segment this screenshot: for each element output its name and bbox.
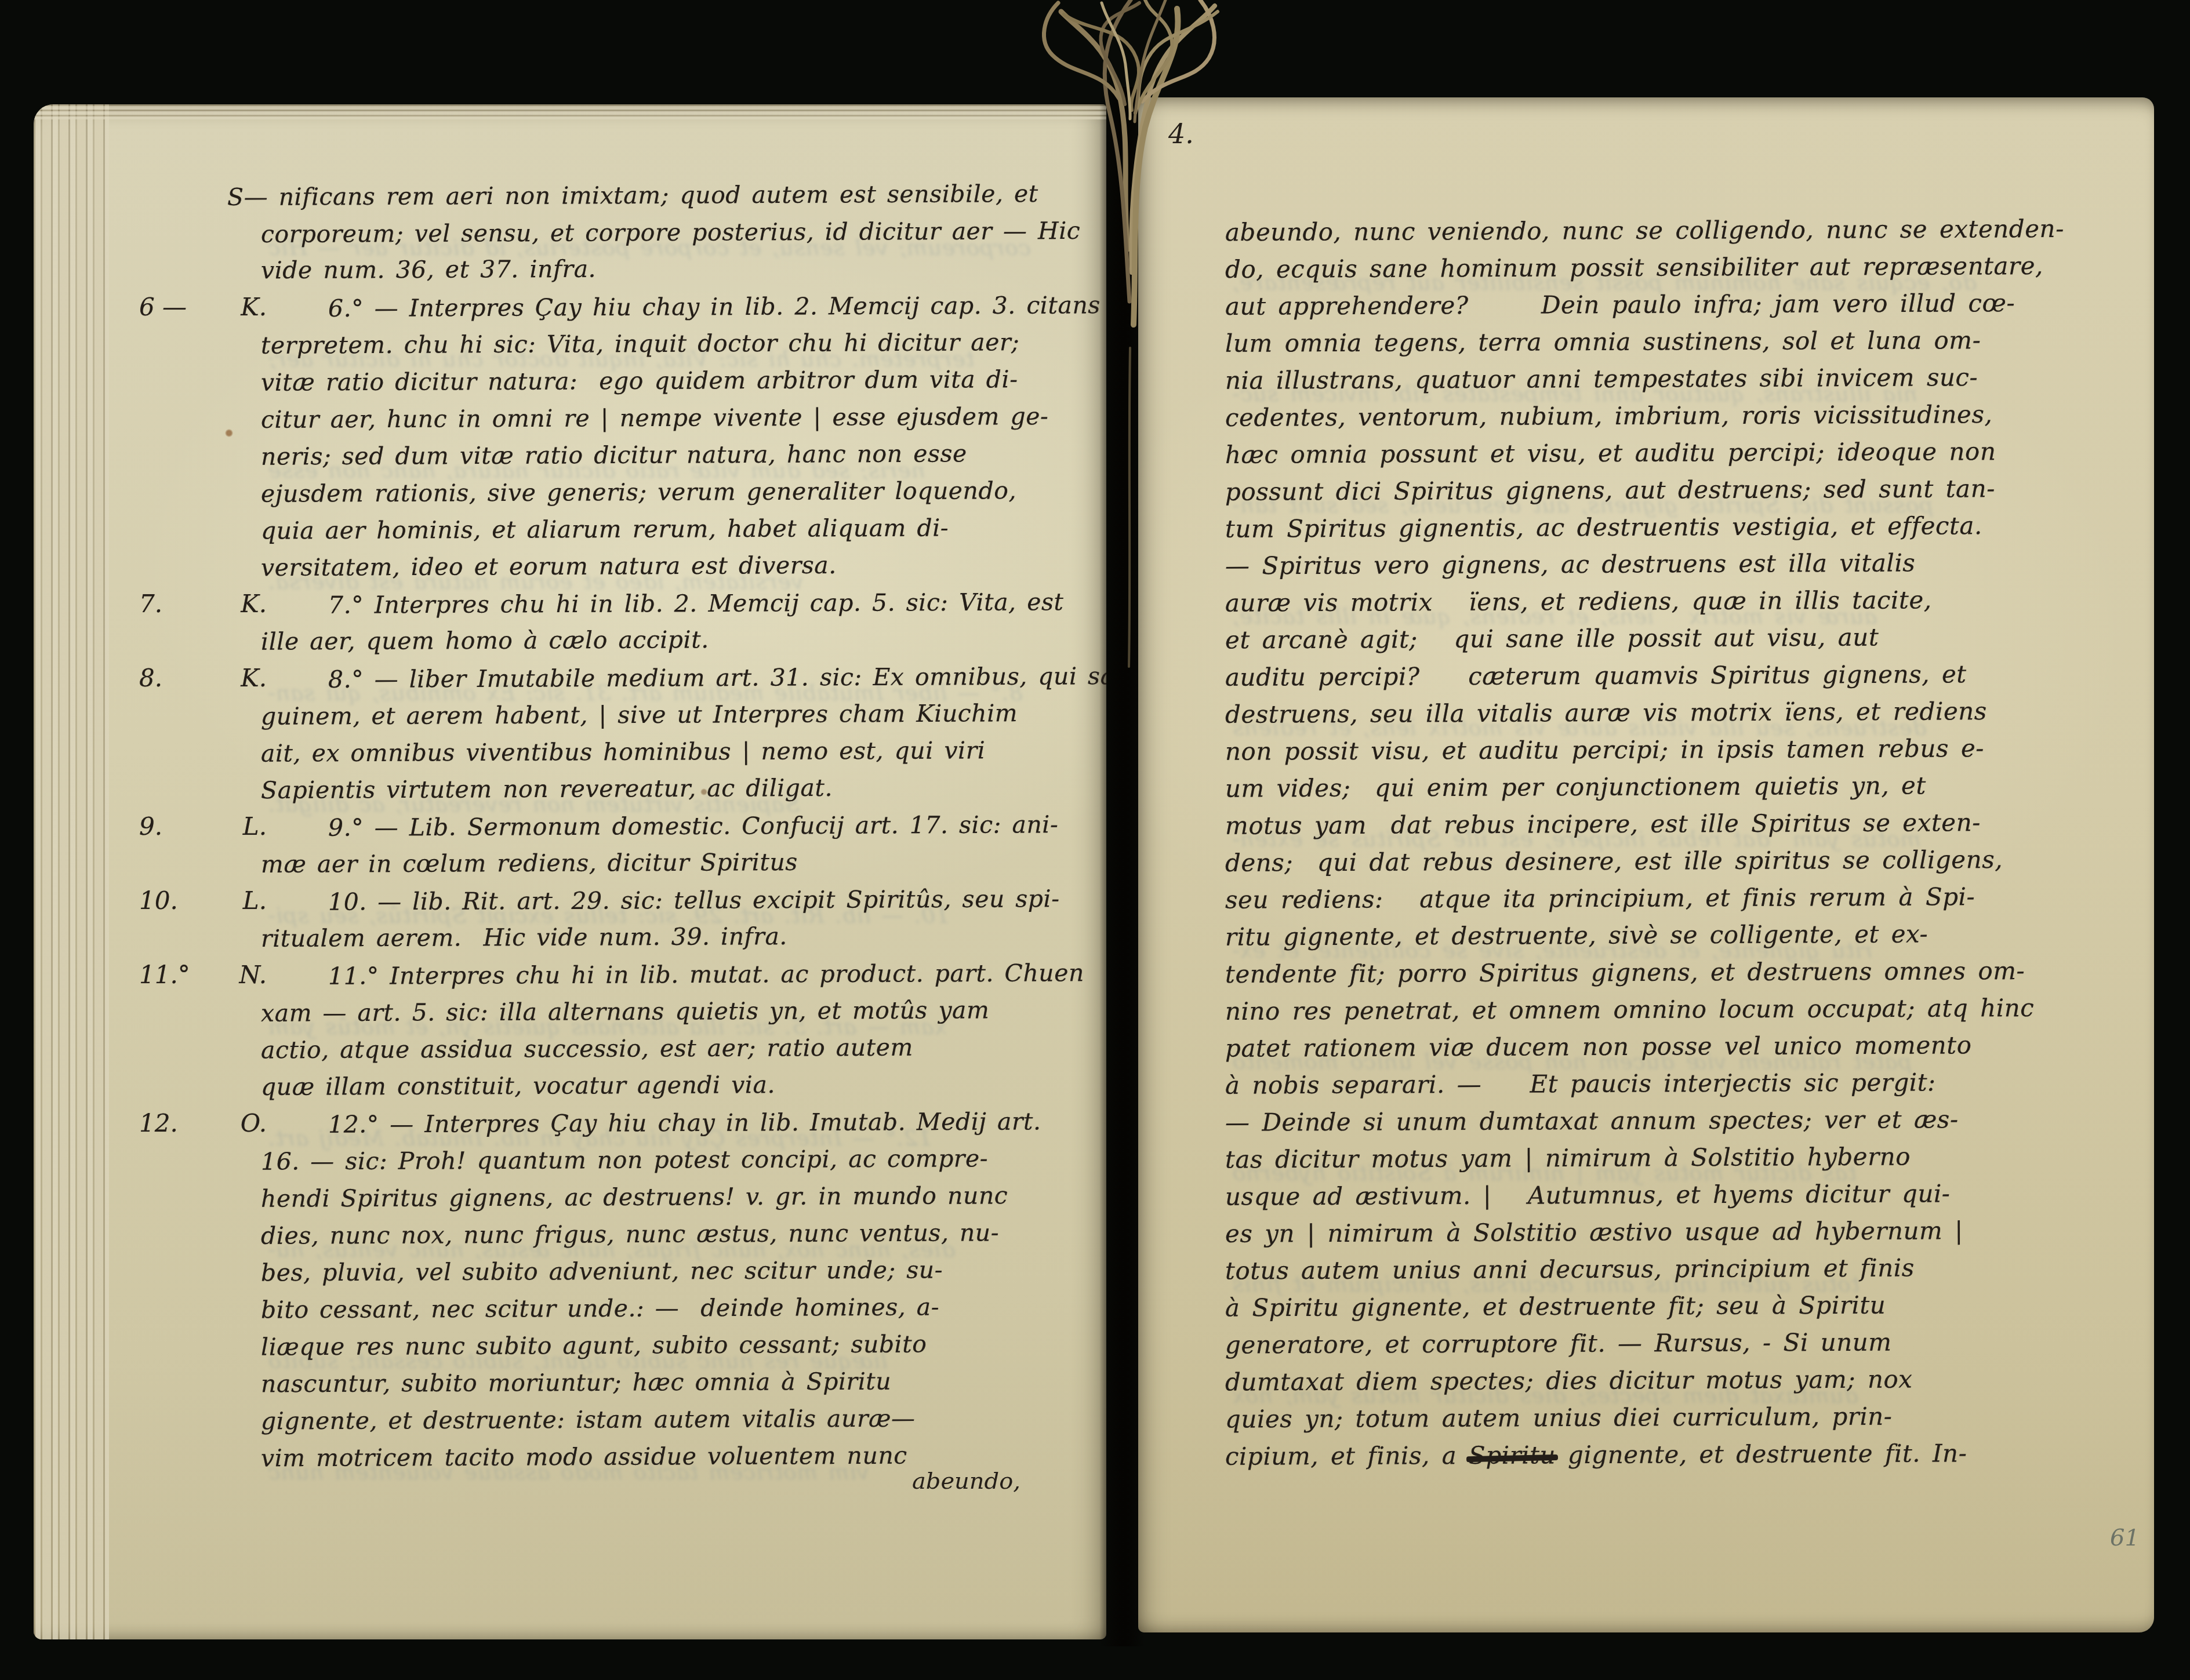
- manuscript-line: um vides; qui enim per conjunctionem qui…: [1225, 771, 1926, 802]
- manuscript-line: à Spiritu gignente, et destruente fit; s…: [1225, 1291, 1886, 1322]
- manuscript-line: 10. — lib. Rit. art. 29. sic: tellus exc…: [328, 885, 1060, 916]
- manuscript-line: es yn | nimirum à Solstitio æstivo usque…: [1225, 1216, 1963, 1248]
- page-stack-edges-top: [34, 104, 1106, 119]
- margin-reference-label: 9.L.: [139, 812, 267, 841]
- manuscript-line: citur aer, hunc in omni re | nempe viven…: [261, 402, 1048, 434]
- right-page: 4. abeundo, nunc veniendo, nunc se colli…: [1138, 97, 2154, 1632]
- manuscript-line: ejusdem rationis, sive generis; verum ge…: [261, 477, 1016, 508]
- manuscript-line: seu rediens: atque ita principium, et fi…: [1225, 882, 1975, 914]
- margin-letter: K.: [241, 293, 267, 321]
- manuscript-line: vim motricem tacito modo assidue voluent…: [261, 1442, 907, 1472]
- manuscript-line: tas dicitur motus yam | nimirum à Solsti…: [1225, 1142, 1911, 1173]
- manuscript-line: 6.° — Interpres Çay hiu chay in lib. 2. …: [328, 291, 1106, 322]
- manuscript-line: motus yam dat rebus incipere, est ille S…: [1225, 808, 1981, 840]
- manuscript-line: quæ illam constituit, vocatur agendi via…: [261, 1071, 775, 1101]
- left-page: S— nificans rem aeri non imixtam; quod a…: [34, 104, 1106, 1639]
- manuscript-line: non possit visu, et auditu percipi; in i…: [1225, 734, 1984, 766]
- margin-reference-label: 6 —K.: [139, 293, 267, 321]
- manuscript-line: auræ vis motrix ïens, et rediens, quæ in…: [1225, 586, 1932, 617]
- manuscript-line: actio, atque assidua successio, est aer;…: [261, 1034, 913, 1064]
- manuscript-line: do, ecquis sane hominum possit sensibili…: [1225, 252, 2043, 283]
- manuscript-line: vitæ ratio dicitur natura: ego quidem ar…: [261, 365, 1018, 397]
- manuscript-line: vide num. 36, et 37. infra.: [261, 255, 596, 285]
- page-number: 4.: [1168, 118, 1194, 150]
- margin-number: 10.: [139, 886, 178, 915]
- manuscript-line: ritualem aerem. Hic vide num. 39. infra.: [261, 922, 787, 952]
- manuscript-line: patet rationem viæ ducem non posse vel u…: [1225, 1031, 1972, 1063]
- manuscript-line: generatore, et corruptore fit. — Rursus,…: [1225, 1328, 1892, 1359]
- manuscript-line: 16. — sic: Proh! quantum non potest conc…: [261, 1144, 988, 1175]
- manuscript-line: 12.° — Interpres Çay hiu chay in lib. Im…: [328, 1107, 1041, 1138]
- manuscript-line: hæc omnia possunt et visu, et auditu per…: [1225, 437, 1996, 469]
- manuscript-line: possunt dici Spiritus gignens, aut destr…: [1225, 474, 1995, 506]
- struck-word: Spiritu: [1469, 1441, 1556, 1470]
- margin-letter: N.: [239, 961, 267, 989]
- manuscript-line: usque ad æstivum. | Autumnus, et hyems d…: [1225, 1179, 1951, 1210]
- margin-letter: L.: [243, 886, 267, 915]
- manuscript-line: Sapientis virtutem non revereatur, ac di…: [261, 774, 833, 804]
- manuscript-line: xam — art. 5. sic: illa alternans quieti…: [261, 996, 990, 1027]
- manuscript-line: abeundo, nunc veniendo, nunc se colligen…: [1225, 214, 2064, 246]
- manuscript-line: nino res penetrat, et omnem omnino locum…: [1225, 994, 2034, 1026]
- margin-number: 11.°: [139, 961, 190, 989]
- manuscript-line: 8.° — liber Imutabile medium art. 31. si…: [328, 662, 1106, 693]
- manuscript-line: mæ aer in cœlum rediens, dicitur Spiritu…: [261, 848, 798, 878]
- manuscript-line: dumtaxat diem spectes; dies dicitur motu…: [1225, 1365, 1913, 1396]
- margin-letter: L.: [243, 812, 267, 841]
- manuscript-line: bito cessant, nec scitur unde.: — deinde…: [261, 1293, 939, 1323]
- manuscript-line: nia illustrans, quatuor anni tempestates…: [1225, 363, 1978, 395]
- margin-letter: O.: [241, 1109, 267, 1137]
- manuscript-line: ille aer, quem homo à cælo accipit.: [261, 626, 709, 655]
- margin-letter: K.: [241, 590, 267, 618]
- margin-reference-label: 8.K.: [139, 664, 267, 692]
- margin-reference-label: 12.O.: [139, 1109, 267, 1137]
- manuscript-line: à nobis separari. — Et paucis interjecti…: [1225, 1068, 1936, 1099]
- page-stack-edges-left: [34, 104, 109, 1639]
- manuscript-line: ait, ex omnibus viventibus hominibus | n…: [261, 736, 986, 767]
- margin-reference-label: 11.°N.: [139, 961, 267, 989]
- margin-number: 12.: [139, 1109, 178, 1137]
- margin-reference-label: 7.K.: [139, 590, 267, 618]
- manuscript-line: corporeum; vel sensu, et corpore posteri…: [261, 217, 1080, 248]
- manuscript-line: dies, nunc nox, nunc frigus, nunc æstus,…: [261, 1219, 999, 1250]
- foxing-stain: [225, 429, 233, 437]
- manuscript-line: auditu percipi? cæterum quamvis Spiritus…: [1225, 660, 1967, 692]
- manuscript-line: aut apprehendere? Dein paulo infra; jam …: [1225, 289, 2015, 321]
- manuscript-line: guinem, et aerem habent, | sive ut Inter…: [261, 699, 1018, 730]
- folio-number: 61: [2110, 1525, 2140, 1551]
- manuscript-line: tum Spiritus gignentis, ac destruentis v…: [1225, 511, 1982, 543]
- margin-letter: K.: [241, 664, 267, 692]
- margin-number: 6 —: [139, 293, 187, 321]
- margin-number: 7.: [139, 590, 162, 618]
- manuscript-line: 11.° Interpres chu hi in lib. mutat. ac …: [328, 959, 1084, 990]
- manuscript-line: gignente, et destruente: istam autem vit…: [261, 1405, 916, 1435]
- manuscript-line: cipium, et finis, a Spiritu gignente, et…: [1225, 1439, 1967, 1471]
- manuscript-line: 7.° Interpres chu hi in lib. 2. Memcij c…: [328, 588, 1064, 619]
- manuscript-line: — Deinde si unum dumtaxat annum spectes;…: [1225, 1105, 1959, 1137]
- manuscript-line: et arcanè agit; qui sane ille possit aut…: [1225, 623, 1879, 654]
- manuscript-line: terpretem. chu hi sic: Vita, inquit doct…: [261, 328, 1020, 359]
- manuscript-line: dens; qui dat rebus desinere, est ille s…: [1225, 845, 2003, 877]
- manuscript-line: quia aer hominis, et aliarum rerum, habe…: [261, 514, 949, 544]
- manuscript-line: tendente fit; porro Spiritus gignens, et…: [1225, 957, 2025, 988]
- manuscript-line: ritu gignente, et destruente, sivè se co…: [1225, 919, 1928, 951]
- manuscript-line: hendi Spiritus gignens, ac destruens! v.…: [261, 1181, 1008, 1213]
- manuscript-line: liæque res nunc subito agunt, subito ces…: [261, 1330, 927, 1361]
- manuscript-line: destruens, seu illa vitalis auræ vis mot…: [1225, 697, 1987, 729]
- manuscript-line: cedentes, ventorum, nubium, imbrium, ror…: [1225, 400, 1993, 432]
- manuscript-line: — Spiritus vero gignens, ac destruens es…: [1225, 548, 1916, 580]
- manuscript-line: versitatem, ideo et eorum natura est div…: [261, 551, 837, 581]
- manuscript-line: lum omnia tegens, terra omnia sustinens,…: [1225, 326, 1981, 358]
- manuscript-line: totus autem unius anni decursus, princip…: [1225, 1253, 1915, 1285]
- margin-number: 9.: [139, 812, 162, 841]
- margin-reference-label: 10.L.: [139, 886, 267, 915]
- manuscript-line: neris; sed dum vitæ ratio dicitur natura…: [261, 439, 967, 470]
- manuscript-line: bes, pluvia, vel subito adveniunt, nec s…: [261, 1256, 943, 1286]
- manuscript-photo-scene: S— nificans rem aeri non imixtam; quod a…: [0, 0, 2190, 1680]
- manuscript-line: nascuntur, subito moriuntur; hæc omnia à…: [261, 1368, 891, 1398]
- manuscript-line: S— nificans rem aeri non imixtam; quod a…: [227, 180, 1038, 211]
- catchword: abeundo,: [912, 1468, 1020, 1494]
- margin-number: 8.: [139, 664, 162, 692]
- manuscript-line: 9.° — Lib. Sermonum domestic. Confucij a…: [328, 810, 1058, 841]
- manuscript-line: quies yn; totum autem unius diei curricu…: [1225, 1402, 1893, 1433]
